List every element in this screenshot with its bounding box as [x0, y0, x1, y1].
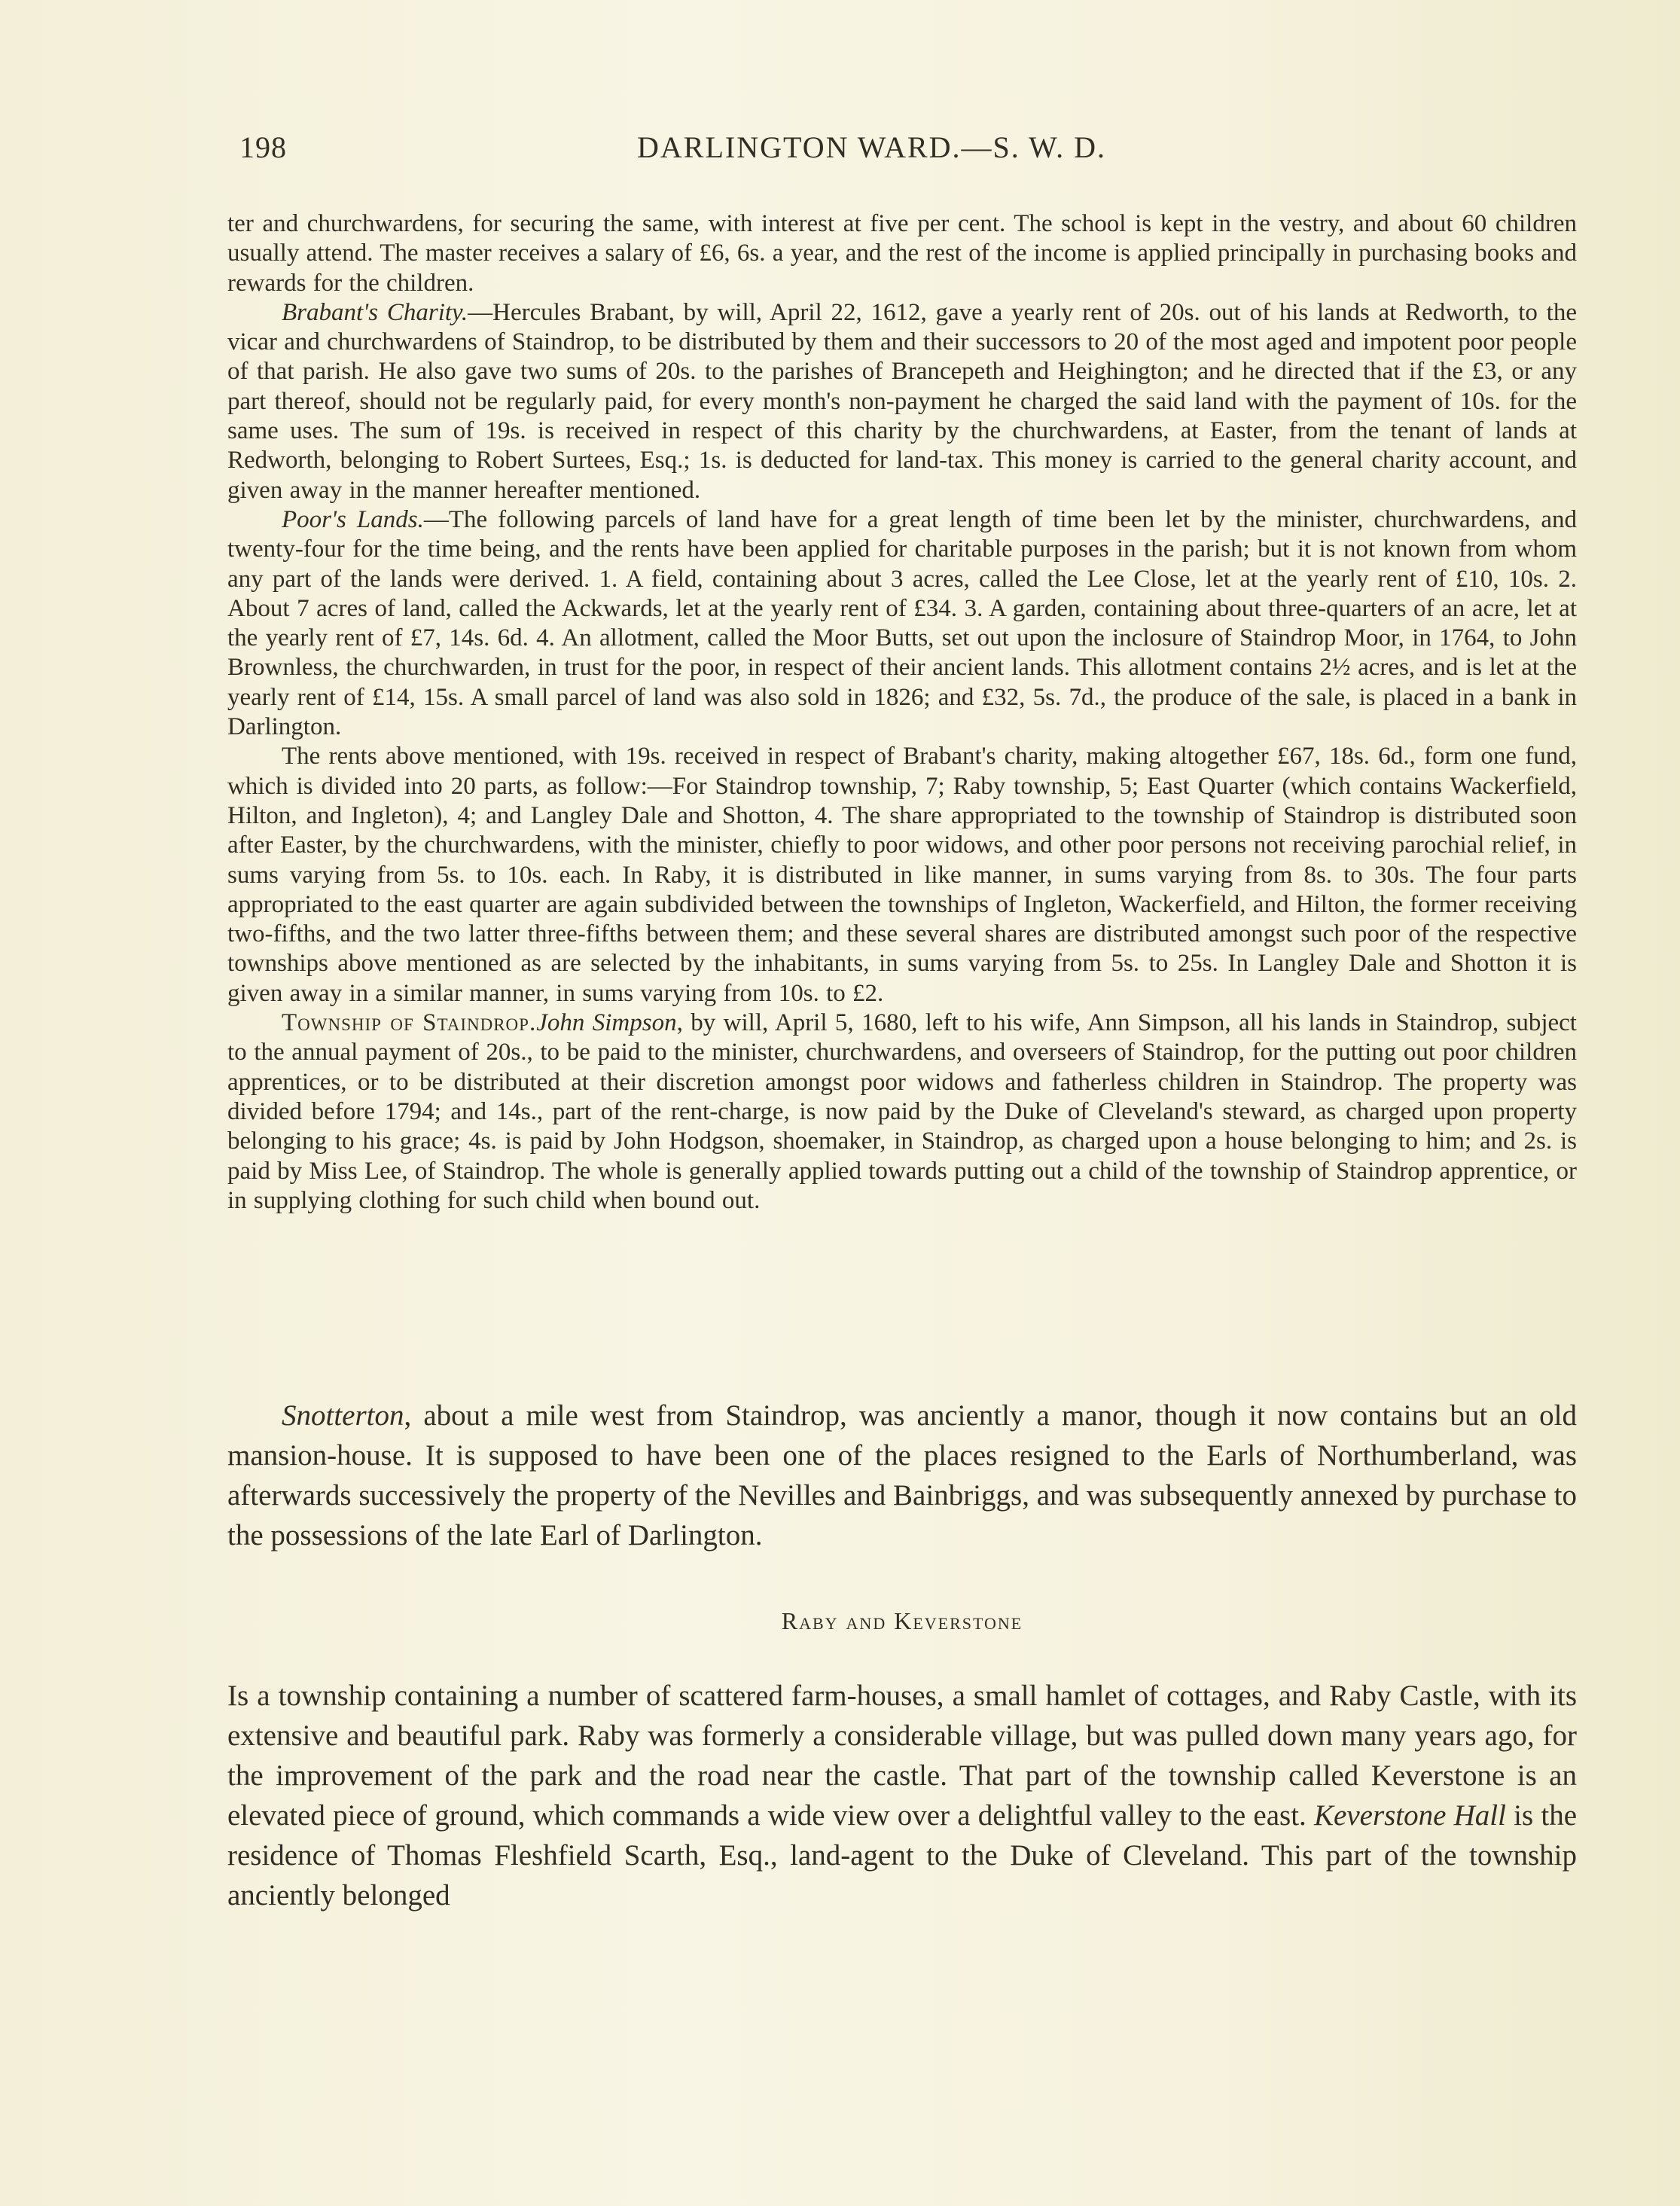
brabants-charity-paragraph: Brabant's Charity.—Hercules Brabant, by … — [227, 298, 1577, 505]
poors-lands-paragraph: Poor's Lands.—The following parcels of l… — [227, 505, 1577, 742]
page-number: 198 — [239, 130, 287, 165]
brabants-charity-text: —Hercules Brabant, by will, April 22, 16… — [227, 299, 1577, 504]
snotterton-section: Snotterton, about a mile west from Stain… — [227, 1396, 1577, 1555]
continued-paragraph: ter and churchwardens, for securing the … — [227, 209, 1577, 298]
raby-keverstone-heading: Raby and Keverstone — [227, 1607, 1577, 1635]
running-head-title: DARLINGTON WARD.—S. W. D. — [637, 130, 1106, 165]
running-head: 198 DARLINGTON WARD.—S. W. D. — [239, 130, 1580, 175]
snotterton-title: Snotterton — [282, 1399, 404, 1432]
charities-small-print: ter and churchwardens, for securing the … — [227, 209, 1577, 1216]
township-staindrop-title: Township of Staindrop. — [282, 1009, 536, 1036]
poors-lands-title: Poor's Lands. — [282, 506, 424, 533]
raby-paragraph: Is a township containing a number of sca… — [227, 1676, 1577, 1915]
township-staindrop-text: , by will, April 5, 1680, left to his wi… — [227, 1009, 1577, 1214]
book-page: 198 DARLINGTON WARD.—S. W. D. ter and ch… — [0, 0, 1680, 2206]
snotterton-text: , about a mile west from Staindrop, was … — [227, 1399, 1577, 1552]
rents-paragraph: The rents above mentioned, with 19s. rec… — [227, 742, 1577, 1008]
poors-lands-text: —The following parcels of land have for … — [227, 506, 1577, 740]
brabants-charity-title: Brabant's Charity. — [282, 299, 468, 326]
john-simpson-name: John Simpson — [536, 1009, 676, 1036]
township-staindrop-paragraph: Township of Staindrop.John Simpson, by w… — [227, 1008, 1577, 1216]
keverstone-hall-name: Keverstone Hall — [1314, 1799, 1506, 1832]
snotterton-paragraph: Snotterton, about a mile west from Stain… — [227, 1396, 1577, 1555]
raby-section: Is a township containing a number of sca… — [227, 1676, 1577, 1915]
